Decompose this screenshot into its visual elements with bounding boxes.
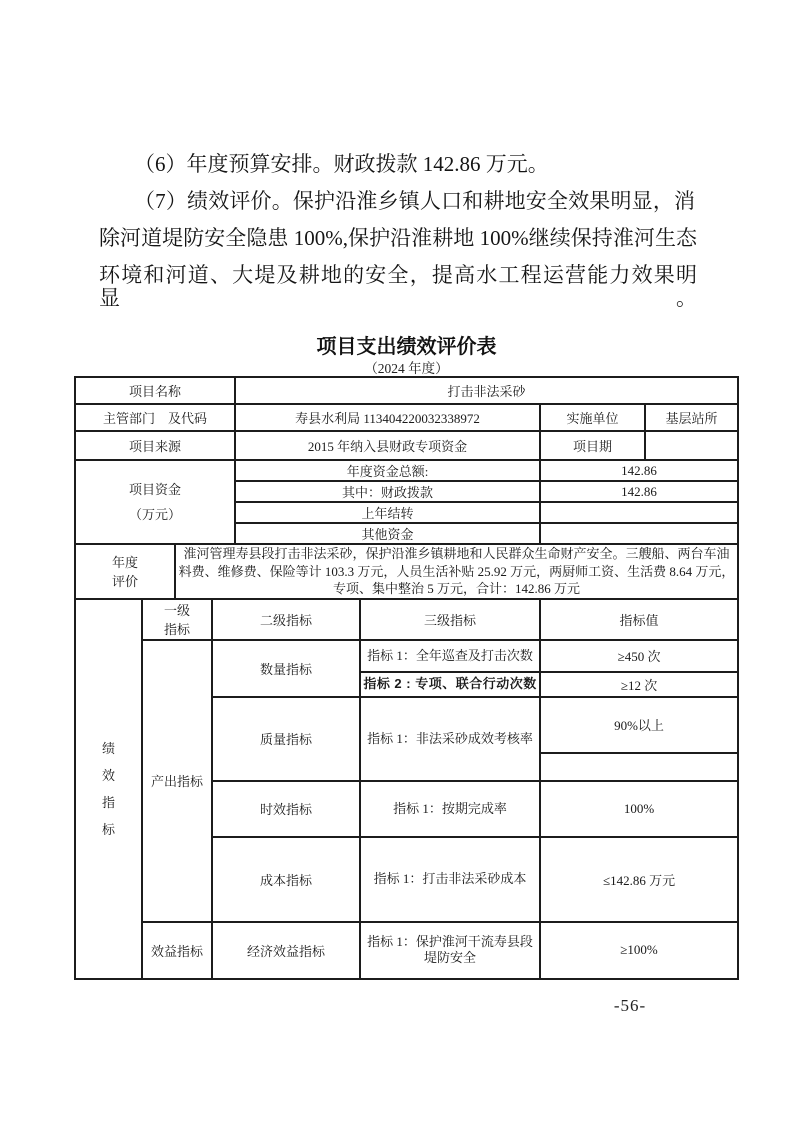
- quantity-indicator-1: 指标 1：全年巡查及打击次数: [360, 640, 540, 672]
- funds-row-label: 其他资金: [235, 523, 540, 544]
- funds-row-label: 年度资金总额:: [235, 460, 540, 481]
- impl-unit-value: 基层站所: [645, 404, 738, 431]
- economic-value-1: ≥100%: [540, 922, 738, 979]
- quality-value-1: 90%以上: [540, 697, 738, 753]
- economic-indicator-label: 经济效益指标: [212, 922, 360, 979]
- funds-row-value: [540, 502, 738, 523]
- header-value: 指标值: [540, 599, 738, 640]
- funds-row-value: 142.86: [540, 460, 738, 481]
- source-value: 2015 年纳入县财政专项资金: [235, 431, 540, 460]
- funds-label: 项目资金 （万元）: [75, 460, 235, 544]
- source-label: 项目来源: [75, 431, 235, 460]
- time-indicator-1: 指标 1：按期完成率: [360, 781, 540, 837]
- quantity-value-1: ≥450 次: [540, 640, 738, 672]
- paragraph-line: 除河道堤防安全隐患 100%,保护沿淮耕地 100%继续保持淮河生态: [99, 227, 697, 250]
- annual-eval-label-line1: 年度: [78, 552, 172, 571]
- page-number: -56-: [600, 996, 660, 1016]
- quantity-indicator-label: 数量指标: [212, 640, 360, 697]
- table-title: 项目支出绩效评价表: [75, 330, 738, 359]
- performance-evaluation-table: 项目名称 打击非法采砂 主管部门 及代码 寿县水利局 1134042200323…: [74, 376, 739, 980]
- funds-label-line1: 项目资金: [78, 477, 232, 502]
- table-subtitle: （2024 年度）: [75, 357, 738, 377]
- table-row: 年度 评价 淮河管理寿县段打击非法采砂，保护沿淮乡镇耕地和人民群众生命财产安全。…: [75, 544, 738, 599]
- paragraph-line: （7）绩效评价。保护沿淮乡镇人口和耕地安全效果明显，消: [134, 190, 695, 213]
- table-row: 项目来源 2015 年纳入县财政专项资金 项目期: [75, 431, 738, 460]
- project-name-label: 项目名称: [75, 377, 235, 404]
- period-value: [645, 431, 738, 460]
- header-level3: 三级指标: [360, 599, 540, 640]
- table-row: 项目名称 打击非法采砂: [75, 377, 738, 404]
- funds-row-label: 上年结转: [235, 502, 540, 523]
- annual-eval-text: 淮河管理寿县段打击非法采砂，保护沿淮乡镇耕地和人民群众生命财产安全。三艘船、两台…: [175, 544, 738, 599]
- paragraph-line: （6）年度预算安排。财政拨款 142.86 万元。: [134, 153, 549, 176]
- annual-eval-label-line2: 评价: [78, 571, 172, 590]
- quantity-indicator-2: 指标 2 : 专项、联合行动次数: [360, 672, 540, 697]
- annual-eval-label: 年度 评价: [75, 544, 175, 599]
- header-level2: 二级指标: [212, 599, 360, 640]
- dept-label: 主管部门 及代码: [75, 404, 235, 431]
- funds-row-value: [540, 523, 738, 544]
- dept-value: 寿县水利局 113404220032338972: [235, 404, 540, 431]
- perf-side-label: 绩 效 指 标: [75, 599, 142, 979]
- cost-indicator-label: 成本指标: [212, 837, 360, 922]
- output-indicator-label: 产出指标: [142, 640, 212, 922]
- quality-indicator-label: 质量指标: [212, 697, 360, 781]
- funds-row-label: 其中：财政拨款: [235, 481, 540, 502]
- quality-value-2: [540, 753, 738, 781]
- period-label: 项目期: [540, 431, 645, 460]
- cost-indicator-1: 指标 1：打击非法采砂成本: [360, 837, 540, 922]
- quality-indicator-1: 指标 1：非法采砂成效考核率: [360, 697, 540, 781]
- time-indicator-label: 时效指标: [212, 781, 360, 837]
- table-row: 主管部门 及代码 寿县水利局 113404220032338972 实施单位 基…: [75, 404, 738, 431]
- impl-unit-label: 实施单位: [540, 404, 645, 431]
- project-name-value: 打击非法采砂: [235, 377, 738, 404]
- table-row: 产出指标 数量指标 指标 1：全年巡查及打击次数 ≥450 次: [75, 640, 738, 672]
- time-value-1: 100%: [540, 781, 738, 837]
- document-page: （6）年度预算安排。财政拨款 142.86 万元。 （7）绩效评价。保护沿淮乡镇…: [0, 0, 795, 1122]
- cost-value-1: ≤142.86 万元: [540, 837, 738, 922]
- table-row: 项目资金 （万元） 年度资金总额: 142.86: [75, 460, 738, 481]
- funds-label-line2: （万元）: [78, 502, 232, 527]
- header-level1: 一级 指标: [142, 599, 212, 640]
- economic-indicator-1: 指标 1：保护淮河干流寿县段堤防安全: [360, 922, 540, 979]
- benefit-indicator-label: 效益指标: [142, 922, 212, 979]
- paragraph-line: 环境和河道、大堤及耕地的安全，提高水工程运营能力效果明显。: [99, 264, 697, 310]
- funds-row-value: 142.86: [540, 481, 738, 502]
- table-row: 效益指标 经济效益指标 指标 1：保护淮河干流寿县段堤防安全 ≥100%: [75, 922, 738, 979]
- table-row: 绩 效 指 标 一级 指标 二级指标 三级指标 指标值: [75, 599, 738, 640]
- quantity-value-2: ≥12 次: [540, 672, 738, 697]
